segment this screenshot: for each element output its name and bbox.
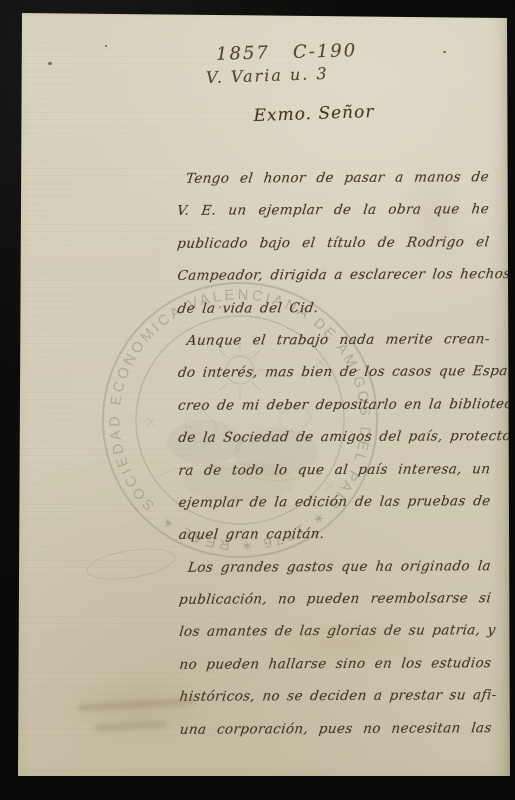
- manuscript-line: V. E. un ejemplar de la obra que he: [175, 197, 491, 231]
- catalog-annotation: 1857 C-190: [216, 40, 358, 65]
- ink-bleed-through: [95, 721, 167, 731]
- manuscript-line: publicado bajo el título de Rodrigo el: [175, 229, 491, 263]
- manuscript-page: SOCIEDAD ECONOMICA VALENCIANA DE AMIGOS …: [0, 0, 515, 800]
- manuscript-line: Los grandes gastos que ha originado la: [177, 553, 493, 587]
- manuscript-line: no pueden hallarse sino en los estudios: [177, 650, 493, 684]
- salutation: Exmo. Señor: [238, 101, 391, 126]
- manuscript-line: ra de todo lo que al país interesa, un: [176, 456, 492, 490]
- manuscript-line: ejemplar de la edición de las pruebas de: [176, 488, 492, 522]
- manuscript-line: de la vida del Cid.: [175, 294, 491, 328]
- foxing-speck: [48, 62, 52, 65]
- manuscript-line: creo de mi deber depositarlo en la bibli…: [176, 391, 492, 425]
- photo-background: SOCIEDAD ECONOMICA VALENCIANA DE AMIGOS …: [0, 0, 515, 800]
- manuscript-line: do interés, mas bien de los casos que Es…: [176, 359, 492, 393]
- foxing-speck: [443, 51, 446, 53]
- manuscript-line: históricos, no se deciden a prestar su a…: [177, 682, 493, 716]
- manuscript-line: Aunque el trabajo nada merite crean-: [176, 326, 492, 360]
- series-annotation: V. Varia u. 3: [206, 64, 329, 87]
- manuscript-line: aquel gran capitán.: [177, 520, 493, 554]
- ink-bleed-through: [78, 698, 194, 711]
- foxing-speck: [219, 306, 221, 308]
- manuscript-line: los amantes de las glorias de su patria,…: [177, 618, 493, 652]
- manuscript-line: publicación, no pueden reembolsarse si: [177, 585, 493, 619]
- manuscript-line: de la Sociedad de amigos del país, prote…: [176, 423, 492, 457]
- foxing-speck: [105, 45, 107, 47]
- manuscript-line: una corporación, pues no necesitan las: [178, 715, 494, 749]
- manuscript-text-block: Tengo el honor de pasar a manos de V. E.…: [176, 164, 491, 749]
- manuscript-line: Tengo el honor de pasar a manos de: [175, 164, 491, 198]
- manuscript-line: Campeador, dirigida a esclarecer los hec…: [175, 261, 491, 295]
